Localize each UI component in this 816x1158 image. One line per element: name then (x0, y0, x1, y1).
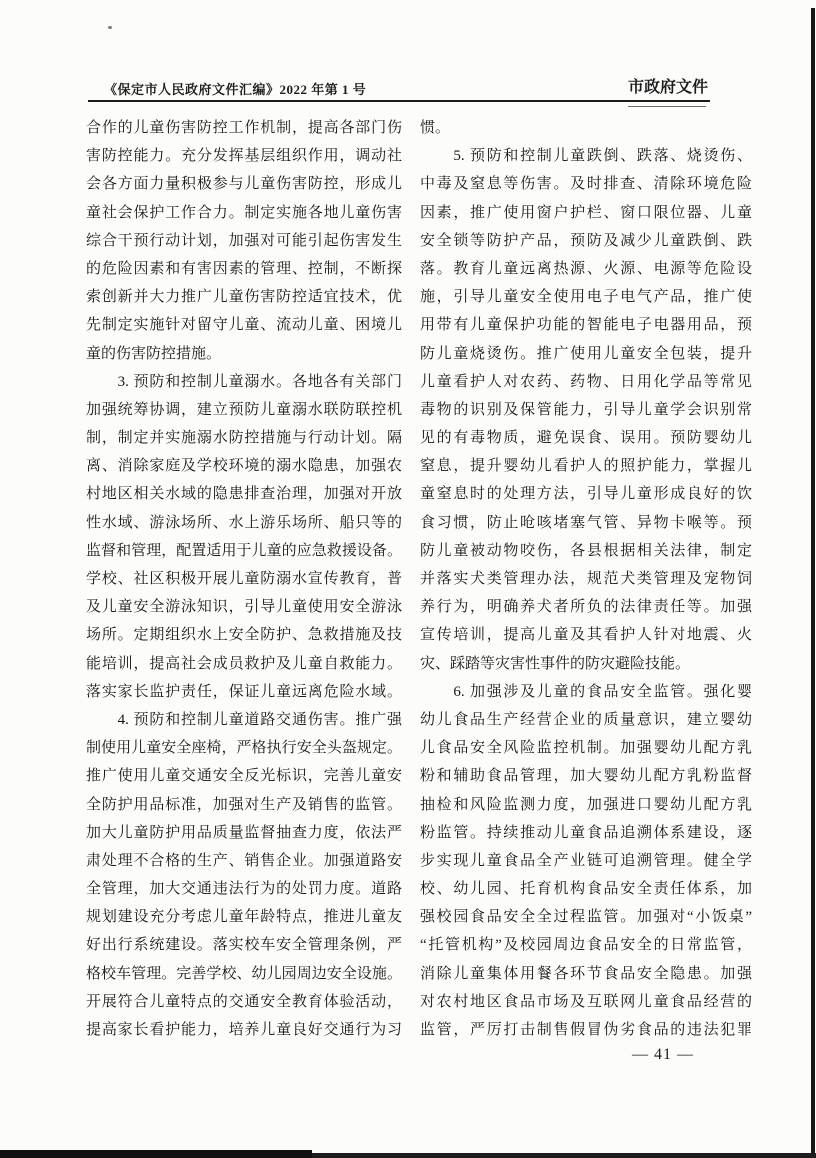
text-line: 性水域、游泳场所、水上游乐场所、船只等的 (86, 509, 402, 537)
text-line: 食习惯，防止呛咳堵塞气管、异物卡喉等。预 (420, 509, 752, 537)
text-line: 规划建设充分考虑儿童年龄特点，推进儿童友 (86, 903, 402, 931)
page-number: — 41 — (608, 1046, 718, 1064)
text-line: 因素，推广使用窗户护栏、窗口限位器、儿童 (420, 199, 752, 227)
text-line: 窒息，提升婴幼儿看护人的照护能力，掌握儿 (420, 452, 752, 480)
text-line: 步实现儿童食品全产业链可追溯管理。健全学 (420, 847, 752, 875)
text-line: 灾、踩踏等灾害性事件的防灾避险技能。 (420, 650, 752, 678)
text-line: 消除儿童集体用餐各环节食品安全隐患。加强 (420, 960, 752, 988)
header-section-title: 市政府文件 (628, 74, 708, 97)
header-underline-mark (628, 106, 706, 107)
text-line: 儿食品安全风险监控机制。加强婴幼儿配方乳 (420, 734, 752, 762)
text-line: 监管，严厉打击制售假冒伪劣食品的违法犯罪 (420, 1016, 752, 1044)
text-line: 粉监管。持续推动儿童食品追溯体系建设，逐 (420, 819, 752, 847)
text-line: 加强统筹协调，建立预防儿童溺水联防联控机 (86, 396, 402, 424)
text-line: 制，制定并实施溺水防控措施与行动计划。隔 (86, 424, 402, 452)
text-line: 并落实犬类管理办法，规范犬类管理及宠物饲 (420, 565, 752, 593)
text-line: 防儿童烧烫伤。推广使用儿童安全包装，提升 (420, 340, 752, 368)
text-line: 落实家长监护责任，保证儿童远离危险水域。 (86, 678, 402, 706)
text-line: 学校、社区积极开展儿童防溺水宣传教育，普 (86, 565, 402, 593)
text-line: 场所。定期组织水上安全防护、急救措施及技 (86, 621, 402, 649)
text-line: 村地区相关水域的隐患排查治理，加强对开放 (86, 480, 402, 508)
text-line: 肃处理不合格的生产、销售企业。加强道路安 (86, 847, 402, 875)
text-line: 防儿童被动物咬伤，各县根据相关法律，制定 (420, 537, 752, 565)
column-right: 惯。 5. 预防和控制儿童跌倒、跌落、烧烫伤、中毒及窒息等伤害。及时排查、清除环… (420, 114, 752, 1044)
text-line: 用带有儿童保护功能的智能电子电器用品，预 (420, 311, 752, 339)
document-page: 《保定市人民政府文件汇编》2022 年第 1 号 市政府文件 合作的儿童伤害防控… (0, 0, 816, 1158)
text-line: 先制定实施针对留守儿童、流动儿童、困境儿 (86, 311, 402, 339)
text-line: 推广使用儿童交通安全反光标识，完善儿童安 (86, 762, 402, 790)
text-line: 抽检和风险监测力度，加强进口婴幼儿配方乳 (420, 791, 752, 819)
text-line: 好出行系统建设。落实校车安全管理条例，严 (86, 931, 402, 959)
scan-ink-dot (108, 26, 112, 29)
text-line: 惯。 (420, 114, 752, 142)
scan-edge-bottom-left (0, 1150, 312, 1158)
text-line: 制使用儿童安全座椅，严格执行安全头盔规定。 (86, 734, 402, 762)
text-line: 见的有毒物质，避免误食、误用。预防婴幼儿 (420, 424, 752, 452)
header-rule (88, 100, 710, 102)
text-line: 综合干预行动计划，加强对可能引起伤害发生 (86, 227, 402, 255)
text-line: 宣传培训，提高儿童及其看护人针对地震、火 (420, 621, 752, 649)
text-line: 离、消除家庭及学校环境的溺水隐患，加强农 (86, 452, 402, 480)
text-line: “托管机构”及校园周边食品安全的日常监管， (420, 931, 752, 959)
text-line: 会各方面力量积极参与儿童伤害防控，形成儿 (86, 170, 402, 198)
text-line: 加大儿童防护用品质量监督抽查力度，依法严 (86, 819, 402, 847)
text-line: 的危险因素和有害因素的管理、控制，不断探 (86, 255, 402, 283)
text-line: 4. 预防和控制儿童道路交通伤害。推广强 (86, 706, 402, 734)
text-line: 幼儿食品生产经营企业的质量意识，建立婴幼 (420, 706, 752, 734)
text-line: 粉和辅助食品管理，加大婴幼儿配方乳粉监督 (420, 762, 752, 790)
text-line: 6. 加强涉及儿童的食品安全监管。强化婴 (420, 678, 752, 706)
text-line: 格校车管理。完善学校、幼儿园周边安全设施。 (86, 960, 402, 988)
text-line: 3. 预防和控制儿童溺水。各地各有关部门 (86, 368, 402, 396)
text-line: 安全锁等防护产品，预防及减少儿童跌倒、跌 (420, 227, 752, 255)
text-line: 落。教育儿童远离热源、火源、电源等危险设 (420, 255, 752, 283)
text-line: 童社会保护工作合力。制定实施各地儿童伤害 (86, 199, 402, 227)
text-line: 养行为，明确养犬者所负的法律责任等。加强 (420, 593, 752, 621)
text-line: 强校园食品安全全过程监管。加强对“小饭桌” (420, 903, 752, 931)
scan-edge-right (811, 8, 815, 1158)
header-compilation-title: 《保定市人民政府文件汇编》2022 年第 1 号 (104, 79, 366, 98)
text-line: 及儿童安全游泳知识，引导儿童使用安全游泳 (86, 593, 402, 621)
text-line: 索创新并大力推广儿童伤害防控适宜技术，优 (86, 283, 402, 311)
text-line: 校、幼儿园、托育机构食品安全责任体系，加 (420, 875, 752, 903)
text-line: 能培训，提高社会成员救护及儿童自救能力。 (86, 650, 402, 678)
text-line: 5. 预防和控制儿童跌倒、跌落、烧烫伤、 (420, 142, 752, 170)
column-left: 合作的儿童伤害防控工作机制，提高各部门伤害防控能力。充分发挥基层组织作用，调动社… (86, 114, 402, 1044)
text-line: 全管理，加大交通违法行为的处罚力度。道路 (86, 875, 402, 903)
text-line: 童窒息时的处理方法，引导儿童形成良好的饮 (420, 480, 752, 508)
text-line: 对农村地区食品市场及互联网儿童食品经营的 (420, 988, 752, 1016)
text-line: 监督和管理，配置适用于儿童的应急救援设备。 (86, 537, 402, 565)
text-line: 全防护用品标准，加强对生产及销售的监管。 (86, 791, 402, 819)
text-line: 害防控能力。充分发挥基层组织作用，调动社 (86, 142, 402, 170)
text-line: 开展符合儿童特点的交通安全教育体验活动， (86, 988, 402, 1016)
text-line: 合作的儿童伤害防控工作机制，提高各部门伤 (86, 114, 402, 142)
text-line: 童的伤害防控措施。 (86, 340, 402, 368)
text-line: 毒物的识别及保管能力，引导儿童学会识别常 (420, 396, 752, 424)
text-line: 施，引导儿童安全使用电子电气产品，推广使 (420, 283, 752, 311)
text-line: 中毒及窒息等伤害。及时排查、清除环境危险 (420, 170, 752, 198)
text-line: 提高家长看护能力，培养儿童良好交通行为习 (86, 1016, 402, 1044)
text-line: 儿童看护人对农药、药物、日用化学品等常见 (420, 368, 752, 396)
